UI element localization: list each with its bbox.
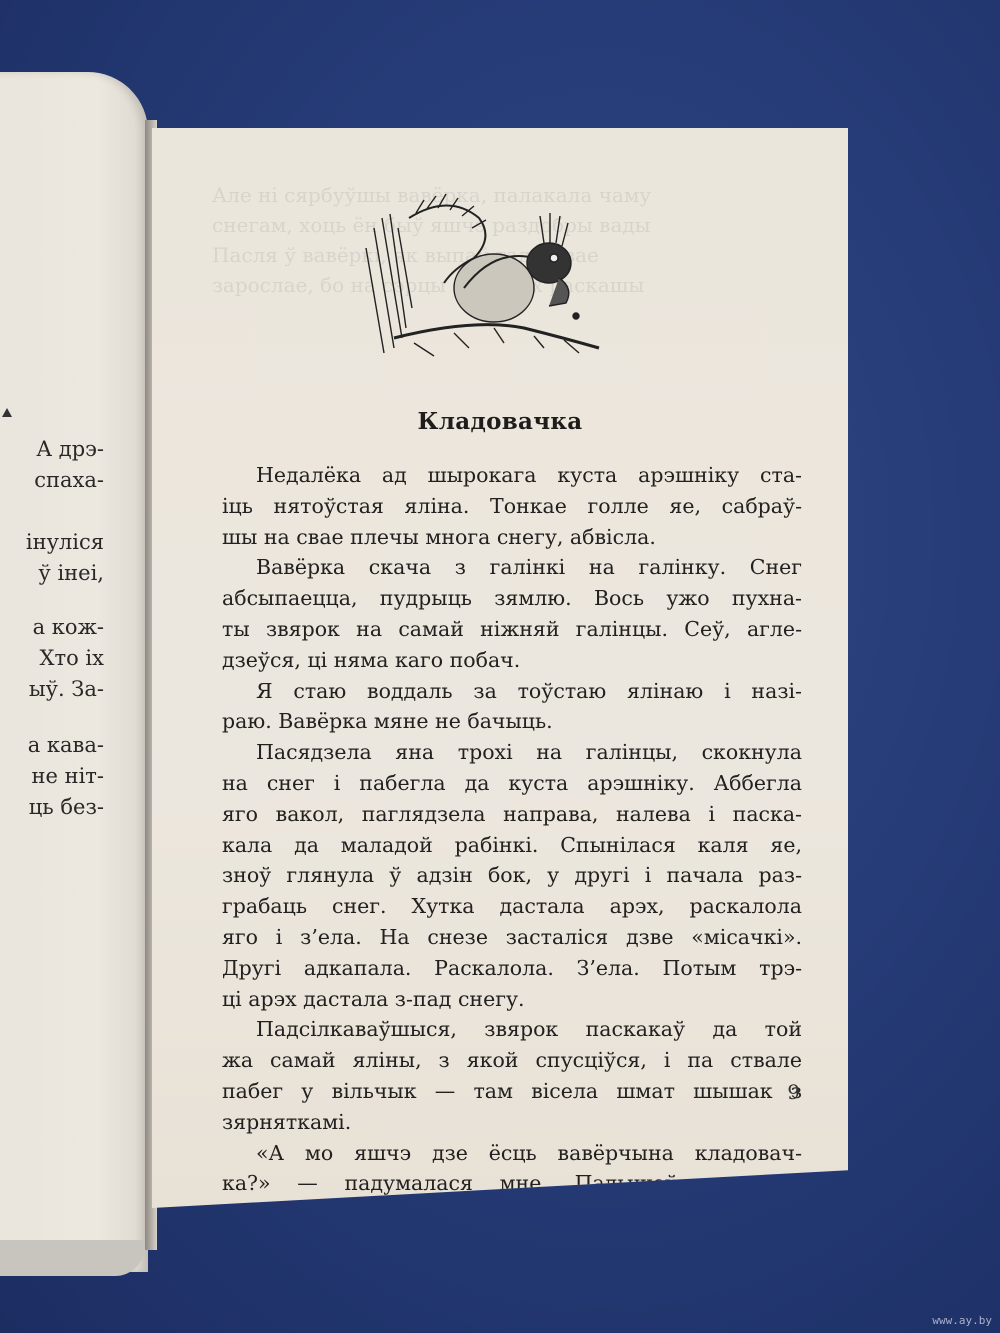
text-line: кала да маладой рабінкі. Спынілася каля … [222,830,802,861]
text-line: ты звярок на самай ніжняй галінцы. Сеў, … [222,614,802,645]
left-fragment: не ніт- [31,761,104,792]
left-page: А дрэ- спаха- інуліся ў інеі, а кож- Хто… [0,72,148,1272]
left-fragment: інуліся [26,527,104,558]
text-line: шы на свае плечы многа снегу, абвісла. [222,522,802,553]
text-line: зярняткамі. [222,1107,802,1138]
squirrel-illustration [354,188,604,358]
text-line: грабаць снег. Хутка дастала арэх, раскал… [222,891,802,922]
left-fragment: ыў. За- [29,674,104,705]
text-line: Пасядзела яна трохі на галінцы, скокнула [222,737,802,768]
left-fragment: спаха- [34,465,104,496]
text-line: месца, дзе абедала вавёрка, паглядзеў ва… [222,1199,802,1230]
left-page-edge [0,1240,145,1276]
text-line: Недалёка ад шырокага куста арэшніку ста- [222,460,802,491]
text-line: зноў глянула ў адзін бок, у другі і пача… [222,860,802,891]
left-fragment: А дрэ- [36,434,104,465]
triangle-marker-icon [2,408,12,417]
text-line: Я стаю воддаль за тоўстаю ялінаю і назі- [222,676,802,707]
text-line: яго і з’ела. На снезе засталіся дзве «мі… [222,922,802,953]
text-line: жа самай яліны, з якой спусціўся, і па с… [222,1045,802,1076]
watermark: www.ay.by [932,1314,992,1327]
text-line: дзеўся, ці няма каго побач. [222,645,802,676]
left-fragment: а кож- [33,612,104,643]
text-line: Вавёрка скача з галінкі на галінку. Снег [222,552,802,583]
left-fragment: Хто іх [40,643,104,674]
text-line: абсыпаецца, пудрыць зямлю. Вось ужо пухн… [222,583,802,614]
text-line: Падсілкаваўшыся, звярок паскакаў да той [222,1014,802,1045]
left-fragment: ў інеі, [38,558,104,589]
text-line: на снег і пабегла да куста арэшніку. Абб… [222,768,802,799]
text-line: ці арэх дастала з-пад снегу. [222,984,802,1015]
text-line: Другі адкапала. Раскалола. З’ела. Потым … [222,953,802,984]
text-line: «А мо яшчэ дзе ёсць вавёрчына кладовач- [222,1138,802,1169]
page-number: 9 [787,1080,800,1104]
text-line: іць нятоўстая яліна. Тонкае голле яе, са… [222,491,802,522]
chapter-title: Кладовачка [152,408,848,435]
body-text: Недалёка ад шырокага куста арэшніку ста-… [222,460,802,1230]
right-page: Але ні сярбуўшы вавёрка, палакала чаму с… [152,128,848,1208]
text-line: яго вакол, паглядзела направа, налева і … [222,799,802,830]
left-fragment: а кава- [28,730,104,761]
text-line: раю. Вавёрка мяне не бачыць. [222,706,802,737]
text-line: пабег у вільчык — там вісела шмат шышак … [222,1076,802,1107]
left-fragment: ць без- [29,792,104,823]
text-line: ка?» — падумалася мне. Падышоў да таго [222,1168,802,1199]
